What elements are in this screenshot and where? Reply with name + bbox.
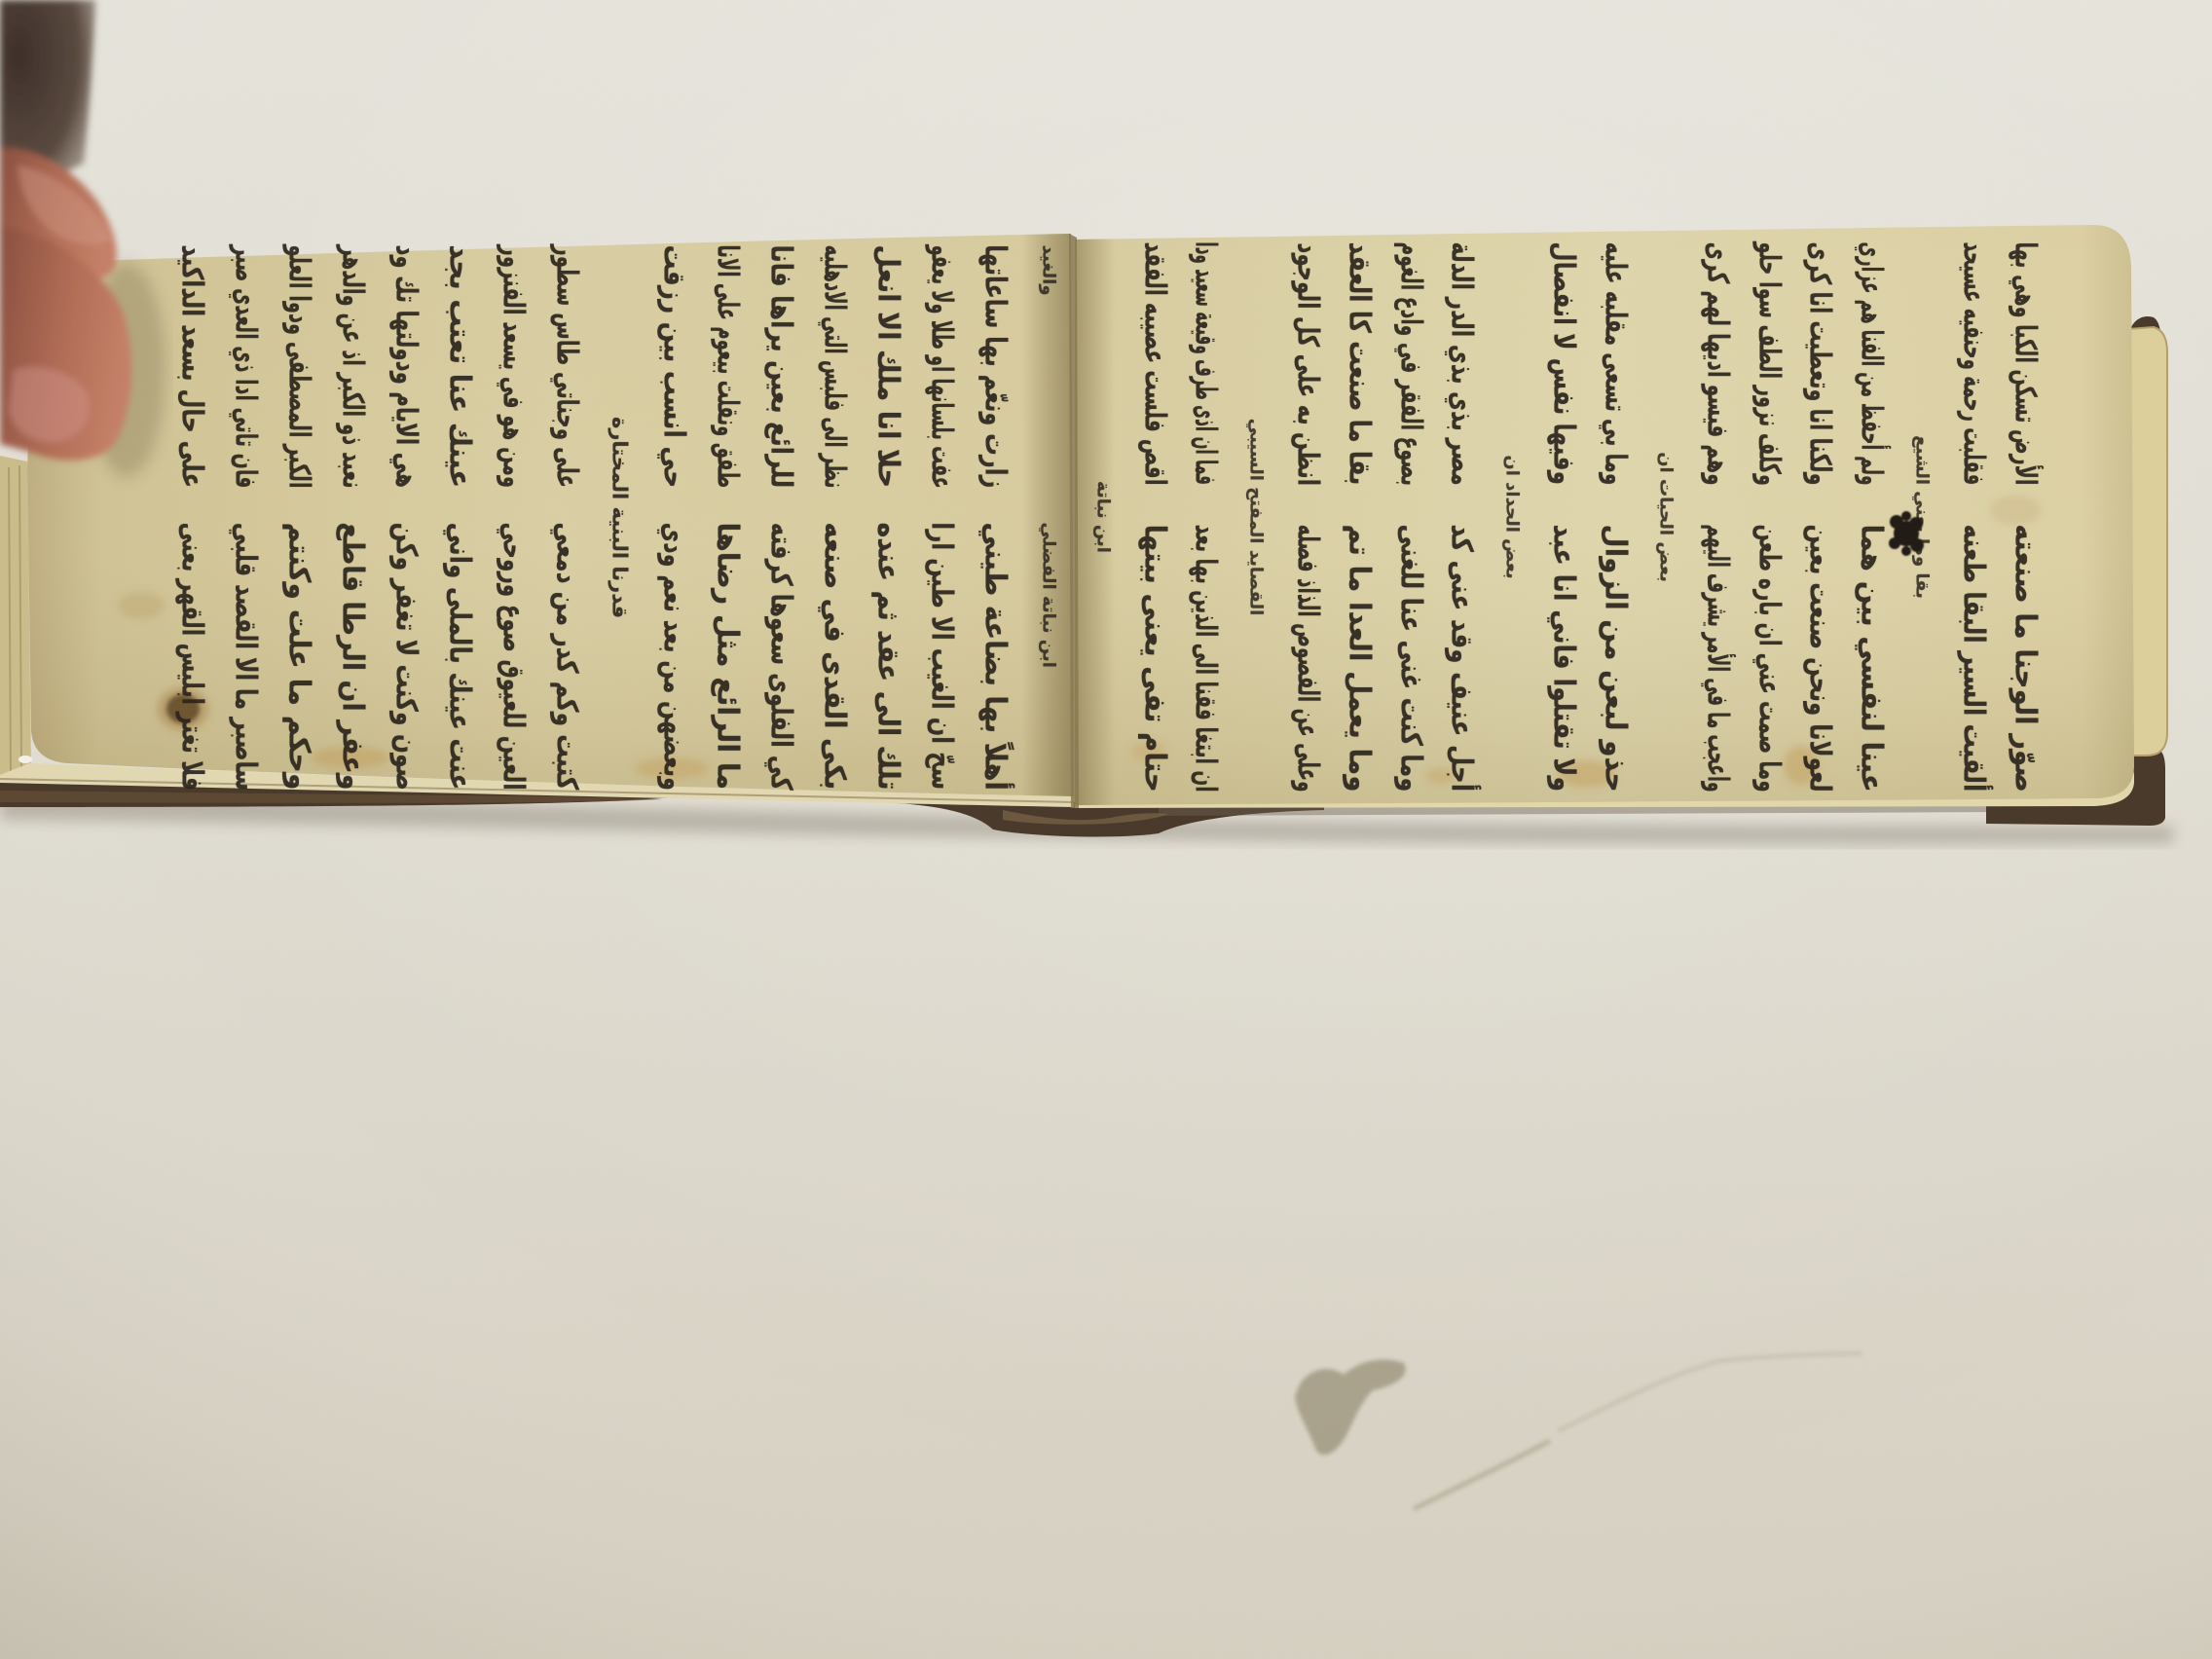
blot-petal — [1889, 537, 1900, 549]
ink-blot-right — [1889, 511, 1924, 556]
photo-scene: صوّر الوجنا ما صنعته الأرض تسكن الكبا وه… — [0, 0, 2212, 1659]
blot-petal — [1901, 546, 1911, 556]
foreground-overlay — [0, 0, 2212, 1659]
blot-petal — [1910, 538, 1924, 552]
hand — [0, 0, 131, 461]
blot-petal — [1901, 511, 1911, 521]
blot-petal — [1909, 517, 1923, 531]
blot-petal — [1890, 515, 1903, 529]
